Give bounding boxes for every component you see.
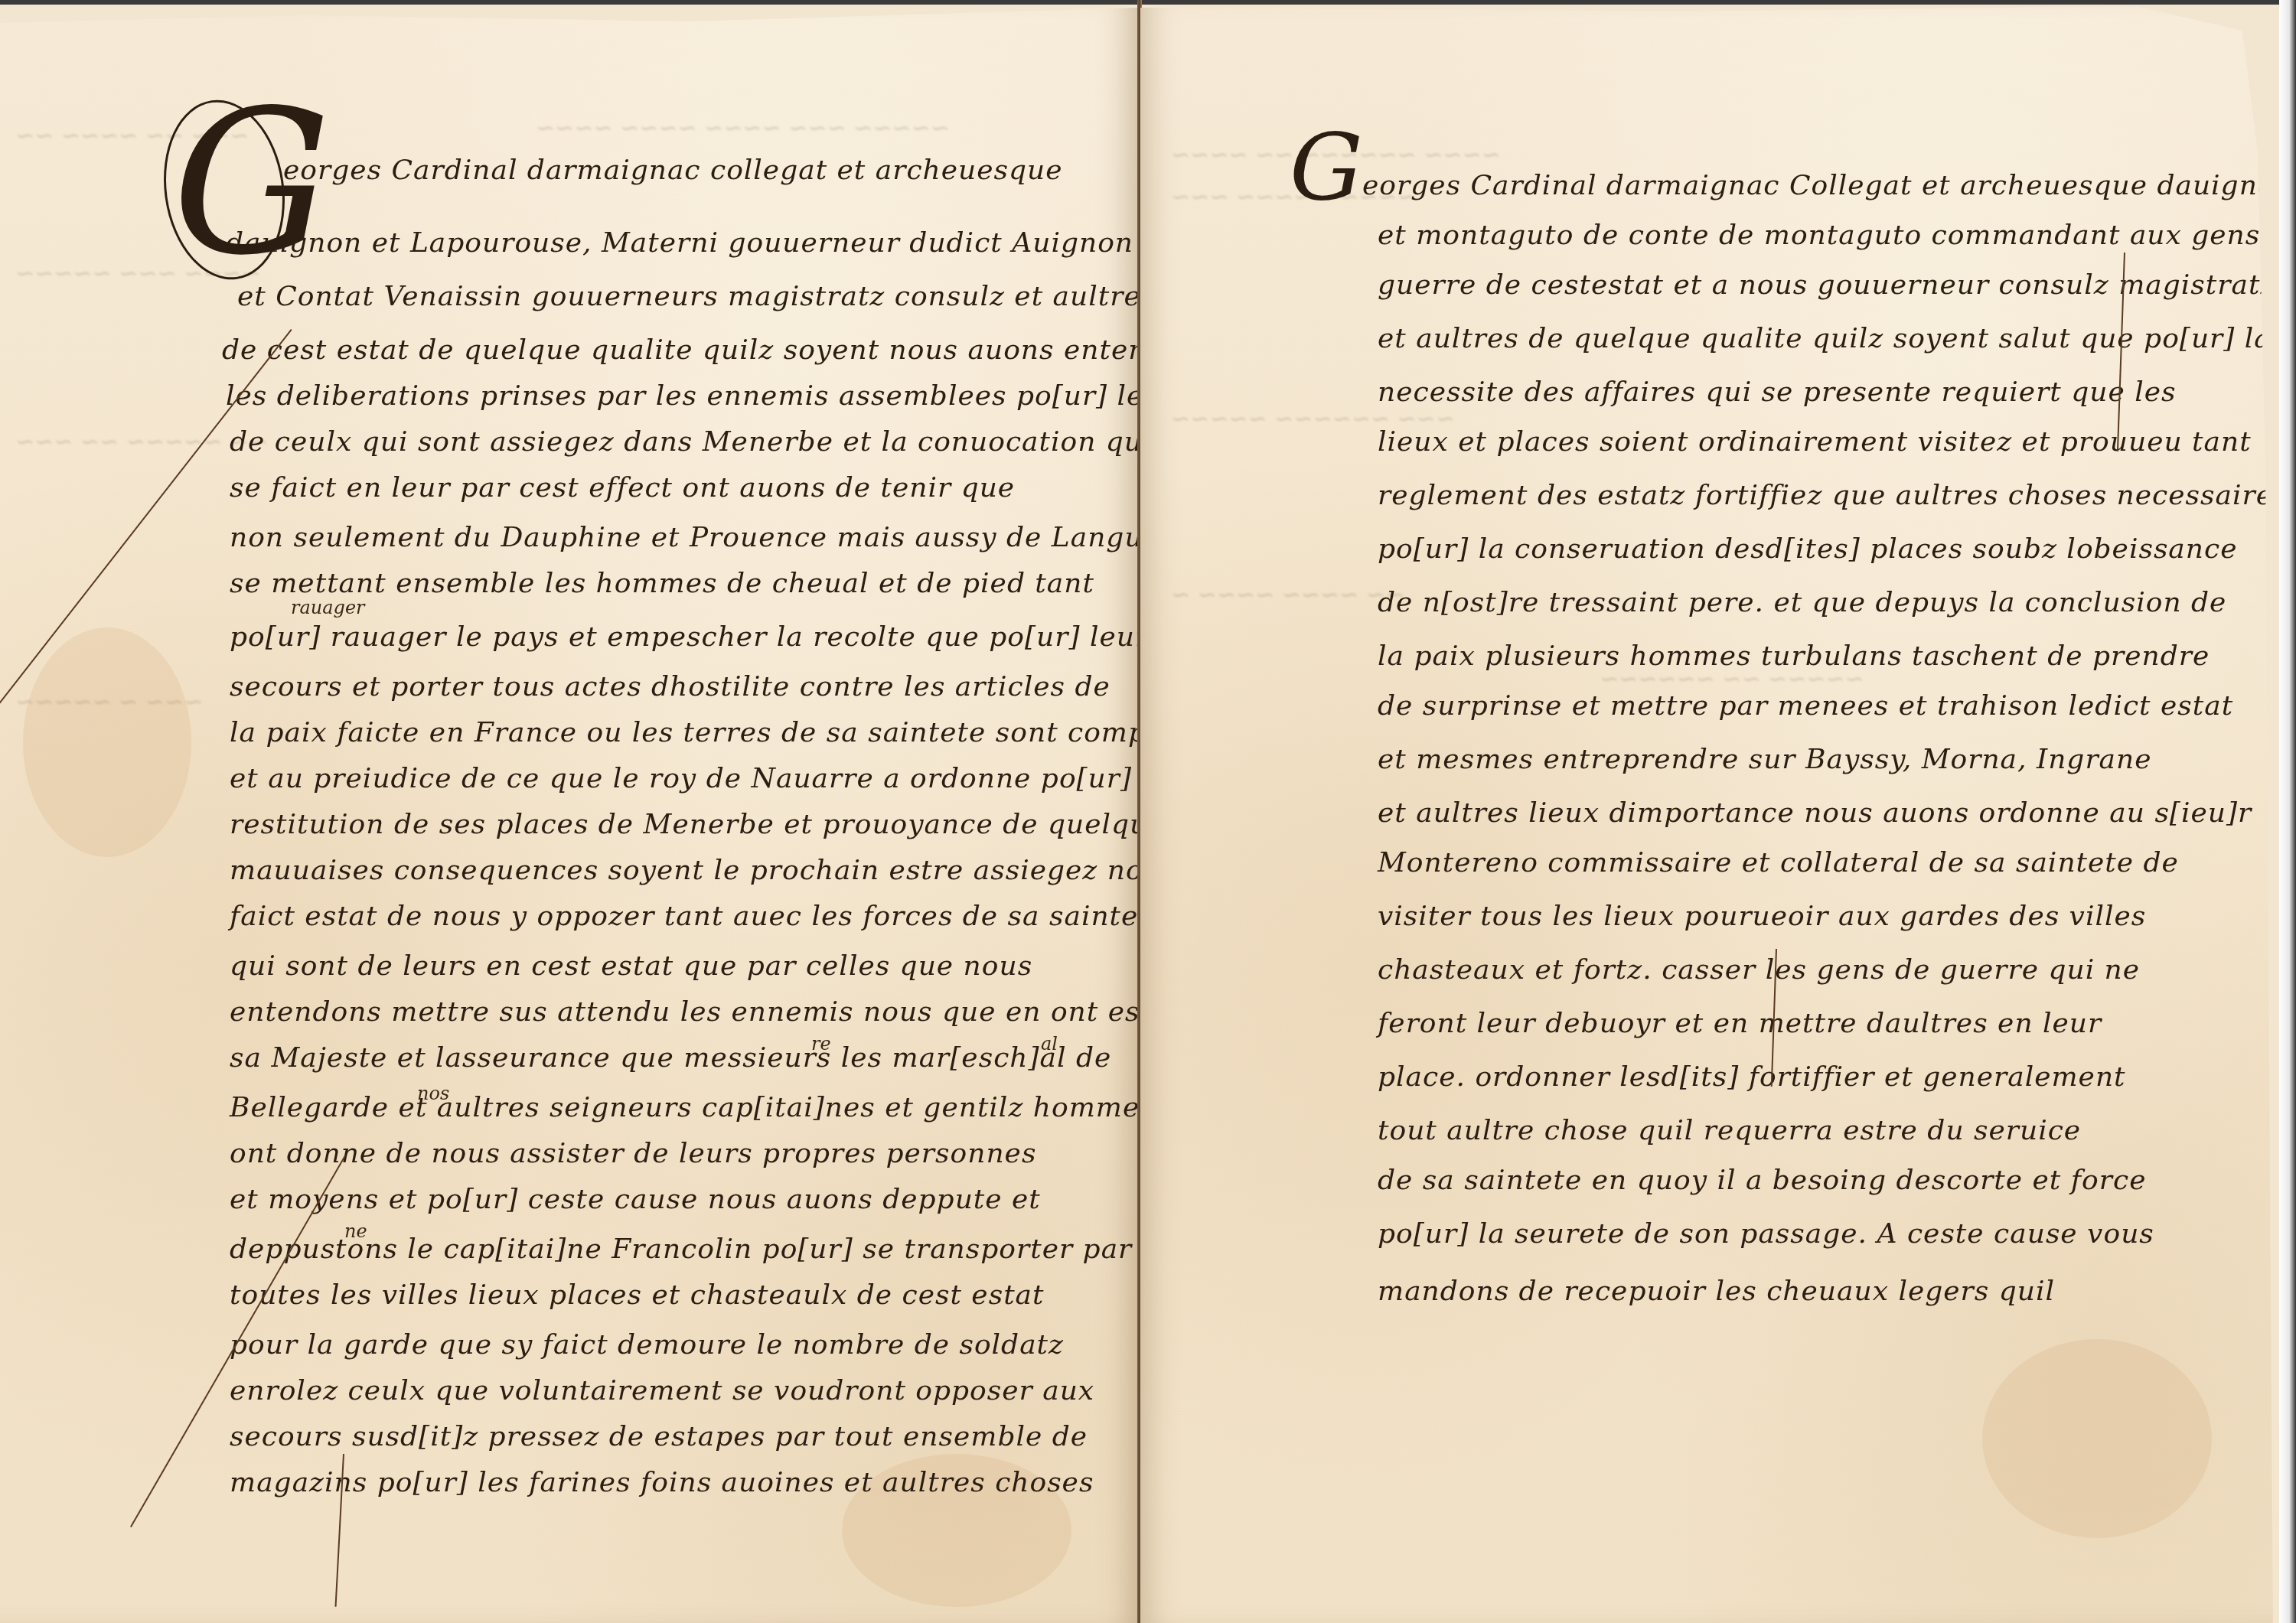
text-line: visiter tous les lieux pourueoir aux gar…: [1378, 903, 2146, 930]
text-line: po[ur] la conseruation desd[ites] places…: [1378, 536, 2237, 563]
text-line: chasteaux et fortz. casser les gens de g…: [1378, 957, 2140, 984]
text-line: toutes les villes lieux places et chaste…: [230, 1282, 1045, 1309]
text-line: Bellegarde et aultres seigneurs cap[itai…: [230, 1094, 1234, 1122]
text-line: necessite des affaires qui se presente r…: [1378, 379, 2177, 406]
bleed-through-text: ~~~ ~ ~~~~~: [15, 689, 203, 715]
text-line: et mesmes entreprendre sur Bayssy, Morna…: [1378, 746, 2152, 774]
text-line: feront leur debuoyr et en mettre daultre…: [1378, 1010, 2102, 1038]
text-line: et aultres de quelque qualite quilz soye…: [1378, 325, 2272, 353]
text-line: mandons de recepuoir les cheuaux legers …: [1378, 1278, 2055, 1305]
text-line: de surprinse et mettre par menees et tra…: [1378, 693, 2233, 720]
text-line: enrolez ceulx que voluntairement se voud…: [230, 1377, 1094, 1405]
text-line: non seulement du Dauphine et Prouence ma…: [230, 524, 1212, 552]
text-line: faict estat de nous y oppozer tant auec …: [230, 903, 1167, 930]
text-line: de cest estat de quelque qualite quilz s…: [222, 337, 1184, 364]
text-line: po[ur] rauager le pays et empescher la r…: [230, 624, 1164, 651]
text-line: pour la garde que sy faict demoure le no…: [230, 1331, 1064, 1359]
manuscript-spread: ~~~ ~~ ~~~~ ~~ ~~~~ ~~~ ~~~~~ ~~ ~~~~~ ~…: [0, 0, 2296, 1623]
bleed-through-text: ~~ ~~~~ ~~~~ ~: [1171, 582, 1404, 608]
text-line: se faict en leur par cest effect ont auo…: [230, 474, 1015, 502]
left-page: ~~~ ~~ ~~~~ ~~ ~~~~ ~~~ ~~~~~ ~~ ~~~~~ ~…: [0, 0, 1139, 1623]
text-line: qui sont de leurs en cest estat que par …: [230, 953, 1032, 980]
text-line: entendons mettre sus attendu les ennemis…: [230, 999, 1166, 1026]
text-line: les deliberations prinses par les ennemi…: [226, 383, 1266, 410]
text-line: et au preiudice de ce que le roy de Naua…: [230, 765, 1168, 793]
decorated-initial: G: [1290, 122, 1363, 214]
text-line: et moyens et po[ur] ceste cause nous auo…: [230, 1186, 1041, 1214]
text-line: sa Majeste et lasseurance que messieurs …: [230, 1045, 1111, 1072]
text-line: guerre de cestestat et a nous gouuerneur…: [1378, 272, 2275, 299]
text-line: reglement des estatz fortiffiez que ault…: [1378, 482, 2288, 510]
paper-stain: [23, 627, 191, 857]
text-line: secours et porter tous actes dhostilite …: [230, 673, 1110, 701]
text-line: se mettant ensemble les hommes de cheual…: [230, 570, 1094, 598]
text-line: ont donne de nous assister de leurs prop…: [230, 1140, 1036, 1168]
interlinear-note: rauager: [291, 597, 365, 618]
interlinear-note: al: [1041, 1033, 1058, 1054]
text-line: eorges Cardinal darmaignac collegat et a…: [283, 157, 1063, 184]
scan-frame-top: [0, 0, 2296, 5]
text-line: dauignon et Lapourouse, Materni gouuerne…: [226, 230, 1133, 257]
text-line: secours susd[it]z pressez de estapes par…: [230, 1423, 1088, 1451]
text-line: et aultres lieux dimportance nous auons …: [1378, 800, 2252, 827]
text-line: la paix plusieurs hommes turbulans tasch…: [1378, 643, 2210, 670]
text-line: de sa saintete en quoy il a besoing desc…: [1378, 1167, 2146, 1194]
interlinear-note: re: [811, 1033, 831, 1054]
bleed-through-text: ~~~~~ ~~~ ~~~~ ~~~~ ~~~~: [536, 115, 950, 142]
text-line: de ceulx qui sont assiegez dans Menerbe …: [230, 429, 1153, 456]
paper-stain: [1982, 1339, 2212, 1538]
text-line: magazins po[ur] les farines foins auoine…: [230, 1469, 1094, 1497]
right-page: ~~~~ ~~~~~~ ~~ ~~~~ ~~~~~ ~~~~ ~~~ ~~~ ~…: [1140, 0, 2281, 1623]
interlinear-note: nos: [417, 1083, 449, 1104]
scan-frame-edge: [2279, 0, 2296, 1623]
text-line: tout aultre chose quil requerra estre du…: [1378, 1117, 2081, 1145]
text-line: la paix faicte en France ou les terres d…: [230, 719, 1235, 747]
text-line: et montaguto de conte de montaguto comma…: [1378, 222, 2296, 249]
text-line: restitution de ses places de Menerbe et …: [230, 811, 1180, 839]
text-line: place. ordonner lesd[its] fortiffier et …: [1378, 1064, 2126, 1091]
text-line: lieux et places soient ordinairement vis…: [1378, 429, 2252, 456]
text-line: de n[ost]re tressaint pere. et que depuy…: [1378, 589, 2226, 617]
interlinear-note: ne: [344, 1221, 367, 1242]
text-line: mauuaises consequences soyent le prochai…: [230, 857, 1273, 885]
text-line: Montereno commissaire et collateral de s…: [1378, 849, 2179, 877]
text-line: eorges Cardinal darmaignac Collegat et a…: [1362, 172, 2294, 200]
text-line: po[ur] la seurete de son passage. A cest…: [1378, 1221, 2154, 1248]
text-line: et Contat Venaissin gouuerneurs magistra…: [237, 283, 1156, 311]
